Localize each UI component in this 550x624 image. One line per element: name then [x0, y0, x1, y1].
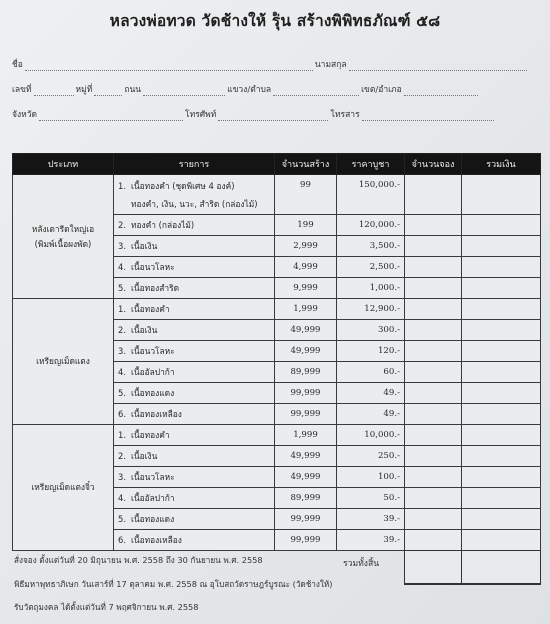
- pickup-info: รับวัตถุมงคล ได้ตั้งแต่วันที่ 7 พฤศจิกาย…: [14, 601, 198, 614]
- total-input-cell[interactable]: [462, 467, 541, 488]
- price-cell: 120.-: [337, 341, 405, 362]
- item-number: 2.: [118, 325, 131, 335]
- item-name: เนื้อทองคำ: [131, 430, 170, 440]
- price-cell: 39.-: [337, 530, 405, 551]
- item-number: 5.: [118, 283, 131, 293]
- subdistrict-field[interactable]: [273, 86, 359, 96]
- item-cell: 1.เนื้อทองคำ: [114, 425, 275, 446]
- item-number: 3.: [118, 472, 131, 482]
- category-name: เหรียญเม็ดแตงจิ๋ว: [17, 480, 109, 495]
- quantity-cell: 99,999: [275, 404, 337, 425]
- reserved-input-cell[interactable]: [405, 383, 462, 404]
- village-number-field[interactable]: [94, 86, 122, 96]
- quantity-cell: 99,999: [275, 383, 337, 404]
- reserved-input-cell[interactable]: [405, 362, 462, 383]
- quantity-cell: 99,999: [275, 530, 337, 551]
- table-row: เหรียญเม็ดแตง1.เนื้อทองคำ1,99912,900.-: [13, 299, 541, 320]
- item-cell: 5.เนื้อทองสำริด: [114, 278, 275, 299]
- table-header-row: ประเภท รายการ จำนวนสร้าง ราคาบูชา จำนวนจ…: [13, 154, 541, 175]
- reserved-input-cell[interactable]: [405, 257, 462, 278]
- district-label: เขต/อำเภอ: [361, 82, 402, 96]
- total-input-cell[interactable]: [462, 257, 541, 278]
- quantity-cell: 99,999: [275, 509, 337, 530]
- item-cell: 3.เนื้อนวโลหะ: [114, 467, 275, 488]
- field-line-address: เลขที่ หมู่ที่ ถนน แขวง/ตำบล เขต/อำเภอ: [12, 80, 538, 96]
- quantity-cell: 89,999: [275, 362, 337, 383]
- reserved-input-cell[interactable]: [405, 509, 462, 530]
- category-cell: หลังเตารีดใหญ่เอ(พิมพ์เนื้อผงพัด): [13, 175, 114, 299]
- quantity-cell: 99: [275, 175, 337, 215]
- item-cell: 3.เนื้อนวโลหะ: [114, 341, 275, 362]
- last-name-field[interactable]: [349, 61, 527, 71]
- house-number-label: เลขที่: [12, 82, 32, 96]
- header-type: ประเภท: [13, 154, 114, 175]
- road-label: ถนน: [124, 82, 141, 96]
- item-cell: 4.เนื้ออัลปาก้า: [114, 362, 275, 383]
- reserved-input-cell[interactable]: [405, 215, 462, 236]
- price-cell: 50.-: [337, 488, 405, 509]
- item-name: เนื้อเงิน: [131, 451, 157, 461]
- table-row: เหรียญเม็ดแตงจิ๋ว1.เนื้อทองคำ1,99910,000…: [13, 425, 541, 446]
- item-number: 5.: [118, 388, 131, 398]
- price-cell: 100.-: [337, 467, 405, 488]
- quantity-cell: 4,999: [275, 257, 337, 278]
- item-number: 5.: [118, 514, 131, 524]
- quantity-cell: 49,999: [275, 446, 337, 467]
- quantity-cell: 2,999: [275, 236, 337, 257]
- item-number: 1.: [118, 304, 131, 314]
- price-cell: 150,000.-: [337, 175, 405, 215]
- item-cell: 6.เนื้อทองเหลือง: [114, 404, 275, 425]
- item-name: เนื้อทองแดง: [131, 388, 174, 398]
- item-number: 1.: [118, 181, 131, 191]
- item-number: 2.: [118, 451, 131, 461]
- item-cell: 6.เนื้อทองเหลือง: [114, 530, 275, 551]
- item-name: ทองคำ (กล่องไม้): [131, 220, 194, 230]
- grand-total-cell[interactable]: [462, 551, 541, 585]
- item-cell: 2.ทองคำ (กล่องไม้): [114, 215, 275, 236]
- price-cell: 1,000.-: [337, 278, 405, 299]
- house-number-field[interactable]: [34, 86, 74, 96]
- reserved-input-cell[interactable]: [405, 278, 462, 299]
- item-cell: 1.เนื้อทองคำ: [114, 299, 275, 320]
- total-input-cell[interactable]: [462, 488, 541, 509]
- total-input-cell[interactable]: [462, 278, 541, 299]
- price-cell: 250.-: [337, 446, 405, 467]
- price-cell: 39.-: [337, 509, 405, 530]
- item-cell: 3.เนื้อเงิน: [114, 236, 275, 257]
- item-number: 4.: [118, 367, 131, 377]
- price-cell: 60.-: [337, 362, 405, 383]
- quantity-cell: 199: [275, 215, 337, 236]
- reserved-input-cell[interactable]: [405, 236, 462, 257]
- item-number: 6.: [118, 535, 131, 545]
- item-number: 3.: [118, 241, 131, 251]
- quantity-cell: 1,999: [275, 425, 337, 446]
- total-input-cell[interactable]: [462, 446, 541, 467]
- category-name: เหรียญเม็ดแตง: [17, 354, 109, 369]
- total-input-cell[interactable]: [462, 530, 541, 551]
- item-name: เนื้อทองคำ (ชุดพิเศษ 4 องค์): [131, 181, 234, 191]
- reserved-input-cell[interactable]: [405, 299, 462, 320]
- grand-total-label: รวมทั้งสิ้น: [343, 556, 379, 570]
- total-input-cell[interactable]: [462, 425, 541, 446]
- table-body: หลังเตารีดใหญ่เอ(พิมพ์เนื้อผงพัด)1.เนื้อ…: [13, 175, 541, 551]
- subdistrict-label: แขวง/ตำบล: [227, 82, 271, 96]
- field-line-name: ชื่อ นามสกุล: [12, 55, 538, 71]
- header-item: รายการ: [114, 154, 275, 175]
- total-input-cell[interactable]: [462, 236, 541, 257]
- reserved-input-cell[interactable]: [405, 530, 462, 551]
- first-name-label: ชื่อ: [12, 57, 23, 71]
- category-name: หลังเตารีดใหญ่เอ: [17, 222, 109, 237]
- item-cell: 2.เนื้อเงิน: [114, 446, 275, 467]
- district-field[interactable]: [404, 86, 478, 96]
- fax-label: โทรสาร: [330, 107, 359, 121]
- reserved-total-cell[interactable]: [405, 551, 462, 585]
- total-input-cell[interactable]: [462, 175, 541, 215]
- quantity-cell: 89,999: [275, 488, 337, 509]
- order-table: ประเภท รายการ จำนวนสร้าง ราคาบูชา จำนวนจ…: [12, 153, 541, 551]
- item-name: เนื้อเงิน: [131, 325, 157, 335]
- item-name: เนื้อนวโลหะ: [131, 262, 175, 272]
- header-total: รวมเงิน: [462, 154, 541, 175]
- quantity-cell: 9,999: [275, 278, 337, 299]
- item-name: เนื้อเงิน: [131, 241, 157, 251]
- price-cell: 12,900.-: [337, 299, 405, 320]
- total-input-cell[interactable]: [462, 320, 541, 341]
- item-cell: 5.เนื้อทองแดง: [114, 383, 275, 404]
- item-number: 2.: [118, 220, 131, 230]
- first-name-field[interactable]: [25, 61, 313, 71]
- header-quantity: จำนวนสร้าง: [275, 154, 337, 175]
- reserved-input-cell[interactable]: [405, 467, 462, 488]
- phone-label: โทรศัพท์: [185, 107, 216, 121]
- fax-field[interactable]: [362, 111, 494, 121]
- item-name: เนื้อทองเหลือง: [131, 409, 182, 419]
- quantity-cell: 49,999: [275, 320, 337, 341]
- category-cell: เหรียญเม็ดแตงจิ๋ว: [13, 425, 114, 551]
- item-cell: 1.เนื้อทองคำ (ชุดพิเศษ 4 องค์)ทองคำ, เงิ…: [114, 175, 275, 215]
- category-cell: เหรียญเม็ดแตง: [13, 299, 114, 425]
- item-name: เนื้อทองสำริด: [131, 283, 179, 293]
- reserved-input-cell[interactable]: [405, 488, 462, 509]
- total-input-cell[interactable]: [462, 215, 541, 236]
- price-cell: 10,000.-: [337, 425, 405, 446]
- road-field[interactable]: [143, 86, 225, 96]
- price-cell: 300.-: [337, 320, 405, 341]
- price-cell: 3,500.-: [337, 236, 405, 257]
- reserved-input-cell[interactable]: [405, 341, 462, 362]
- item-name: เนื้อทองคำ: [131, 304, 170, 314]
- quantity-cell: 49,999: [275, 467, 337, 488]
- price-cell: 49.-: [337, 404, 405, 425]
- ceremony-info: พิธีมหาพุทธาภิเษก วันเสาร์ที่ 17 ตุลาคม …: [14, 578, 333, 591]
- item-name-detail: ทองคำ, เงิน, นวะ, สำริด (กล่องไม้): [118, 197, 270, 211]
- item-cell: 5.เนื้อทองแดง: [114, 509, 275, 530]
- title-mark: ๑: [272, 6, 278, 20]
- village-number-label: หมู่ที่: [76, 82, 93, 96]
- total-input-cell[interactable]: [462, 383, 541, 404]
- field-line-contact: จังหวัด โทรศัพท์ โทรสาร: [12, 105, 538, 121]
- table-row: หลังเตารีดใหญ่เอ(พิมพ์เนื้อผงพัด)1.เนื้อ…: [13, 175, 541, 215]
- category-subname: (พิมพ์เนื้อผงพัด): [17, 237, 109, 252]
- item-name: เนื้ออัลปาก้า: [131, 367, 175, 377]
- reservation-period: สั่งจอง ตั้งแต่วันที่ 20 มิถุนายน พ.ศ. 2…: [14, 554, 263, 567]
- total-input-cell[interactable]: [462, 404, 541, 425]
- item-name: เนื้อทองแดง: [131, 514, 174, 524]
- item-name: เนื้อนวโลหะ: [131, 346, 175, 356]
- reserved-input-cell[interactable]: [405, 320, 462, 341]
- reserved-input-cell[interactable]: [405, 446, 462, 467]
- item-cell: 4.เนื้อนวโลหะ: [114, 257, 275, 278]
- reserved-input-cell[interactable]: [405, 175, 462, 215]
- phone-field[interactable]: [218, 111, 328, 121]
- item-cell: 4.เนื้ออัลปาก้า: [114, 488, 275, 509]
- last-name-label: นามสกุล: [315, 57, 347, 71]
- total-input-cell[interactable]: [462, 509, 541, 530]
- header-price: ราคาบูชา: [337, 154, 405, 175]
- item-number: 3.: [118, 346, 131, 356]
- quantity-cell: 1,999: [275, 299, 337, 320]
- quantity-cell: 49,999: [275, 341, 337, 362]
- province-field[interactable]: [39, 111, 183, 121]
- item-number: 1.: [118, 430, 131, 440]
- item-name: เนื้อนวโลหะ: [131, 472, 175, 482]
- total-input-cell[interactable]: [462, 362, 541, 383]
- item-number: 6.: [118, 409, 131, 419]
- page-title: ๑ หลวงพ่อทวด วัดช้างให้ รุ่น สร้างพิพิทธ…: [0, 8, 550, 33]
- reserved-input-cell[interactable]: [405, 404, 462, 425]
- province-label: จังหวัด: [12, 107, 37, 121]
- total-input-cell[interactable]: [462, 341, 541, 362]
- item-number: 4.: [118, 262, 131, 272]
- total-input-cell[interactable]: [462, 299, 541, 320]
- item-name: เนื้อทองเหลือง: [131, 535, 182, 545]
- price-cell: 2,500.-: [337, 257, 405, 278]
- price-cell: 120,000.-: [337, 215, 405, 236]
- item-cell: 2.เนื้อเงิน: [114, 320, 275, 341]
- grand-total-box: [404, 550, 541, 585]
- item-number: 4.: [118, 493, 131, 503]
- reserved-input-cell[interactable]: [405, 425, 462, 446]
- item-name: เนื้ออัลปาก้า: [131, 493, 175, 503]
- price-cell: 49.-: [337, 383, 405, 404]
- header-reserved: จำนวนจอง: [405, 154, 462, 175]
